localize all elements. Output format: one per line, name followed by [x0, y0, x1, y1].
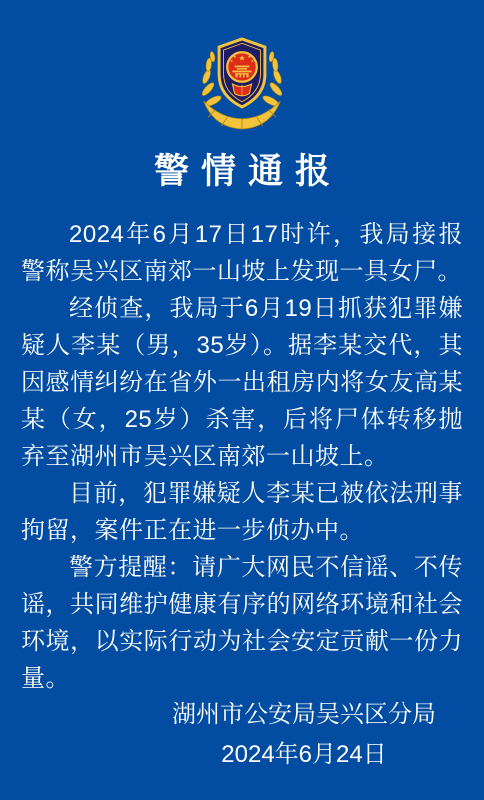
- notice-title: 警情通报: [0, 144, 484, 194]
- police-notice-poster: 警情通报 2024年6月17日17时许，我局接报警称吴兴区南郊一山坡上发现一具女…: [0, 0, 484, 800]
- notice-paragraph-report: 2024年6月17日17时许，我局接报警称吴兴区南郊一山坡上发现一具女尸。: [21, 216, 463, 290]
- emblem-container: [0, 0, 484, 132]
- notice-paragraph-reminder: 警方提醒：请广大网民不信谣、不传谣，共同维护健康有序的网络环境和社会环境，以实际…: [21, 549, 463, 697]
- notice-paragraph-investigation: 经侦查，我局于6月19日抓获犯罪嫌疑人李某（男，35岁）。据李某交代，其因感情纠…: [21, 290, 463, 475]
- badge-national-emblem: [227, 52, 257, 82]
- police-badge-icon: [196, 36, 288, 132]
- notice-paragraph-detention: 目前，犯罪嫌疑人李某已被依法刑事拘留，案件正在进一步侦办中。: [21, 475, 463, 549]
- issue-date: 2024年6月24日: [172, 740, 436, 770]
- badge-ribbon: [232, 84, 251, 96]
- notice-body: 2024年6月17日17时许，我局接报警称吴兴区南郊一山坡上发现一具女尸。 经侦…: [0, 216, 484, 697]
- signature-block: 湖州市公安局吴兴区分局 2024年6月24日: [172, 700, 436, 770]
- issuing-authority: 湖州市公安局吴兴区分局: [172, 700, 436, 730]
